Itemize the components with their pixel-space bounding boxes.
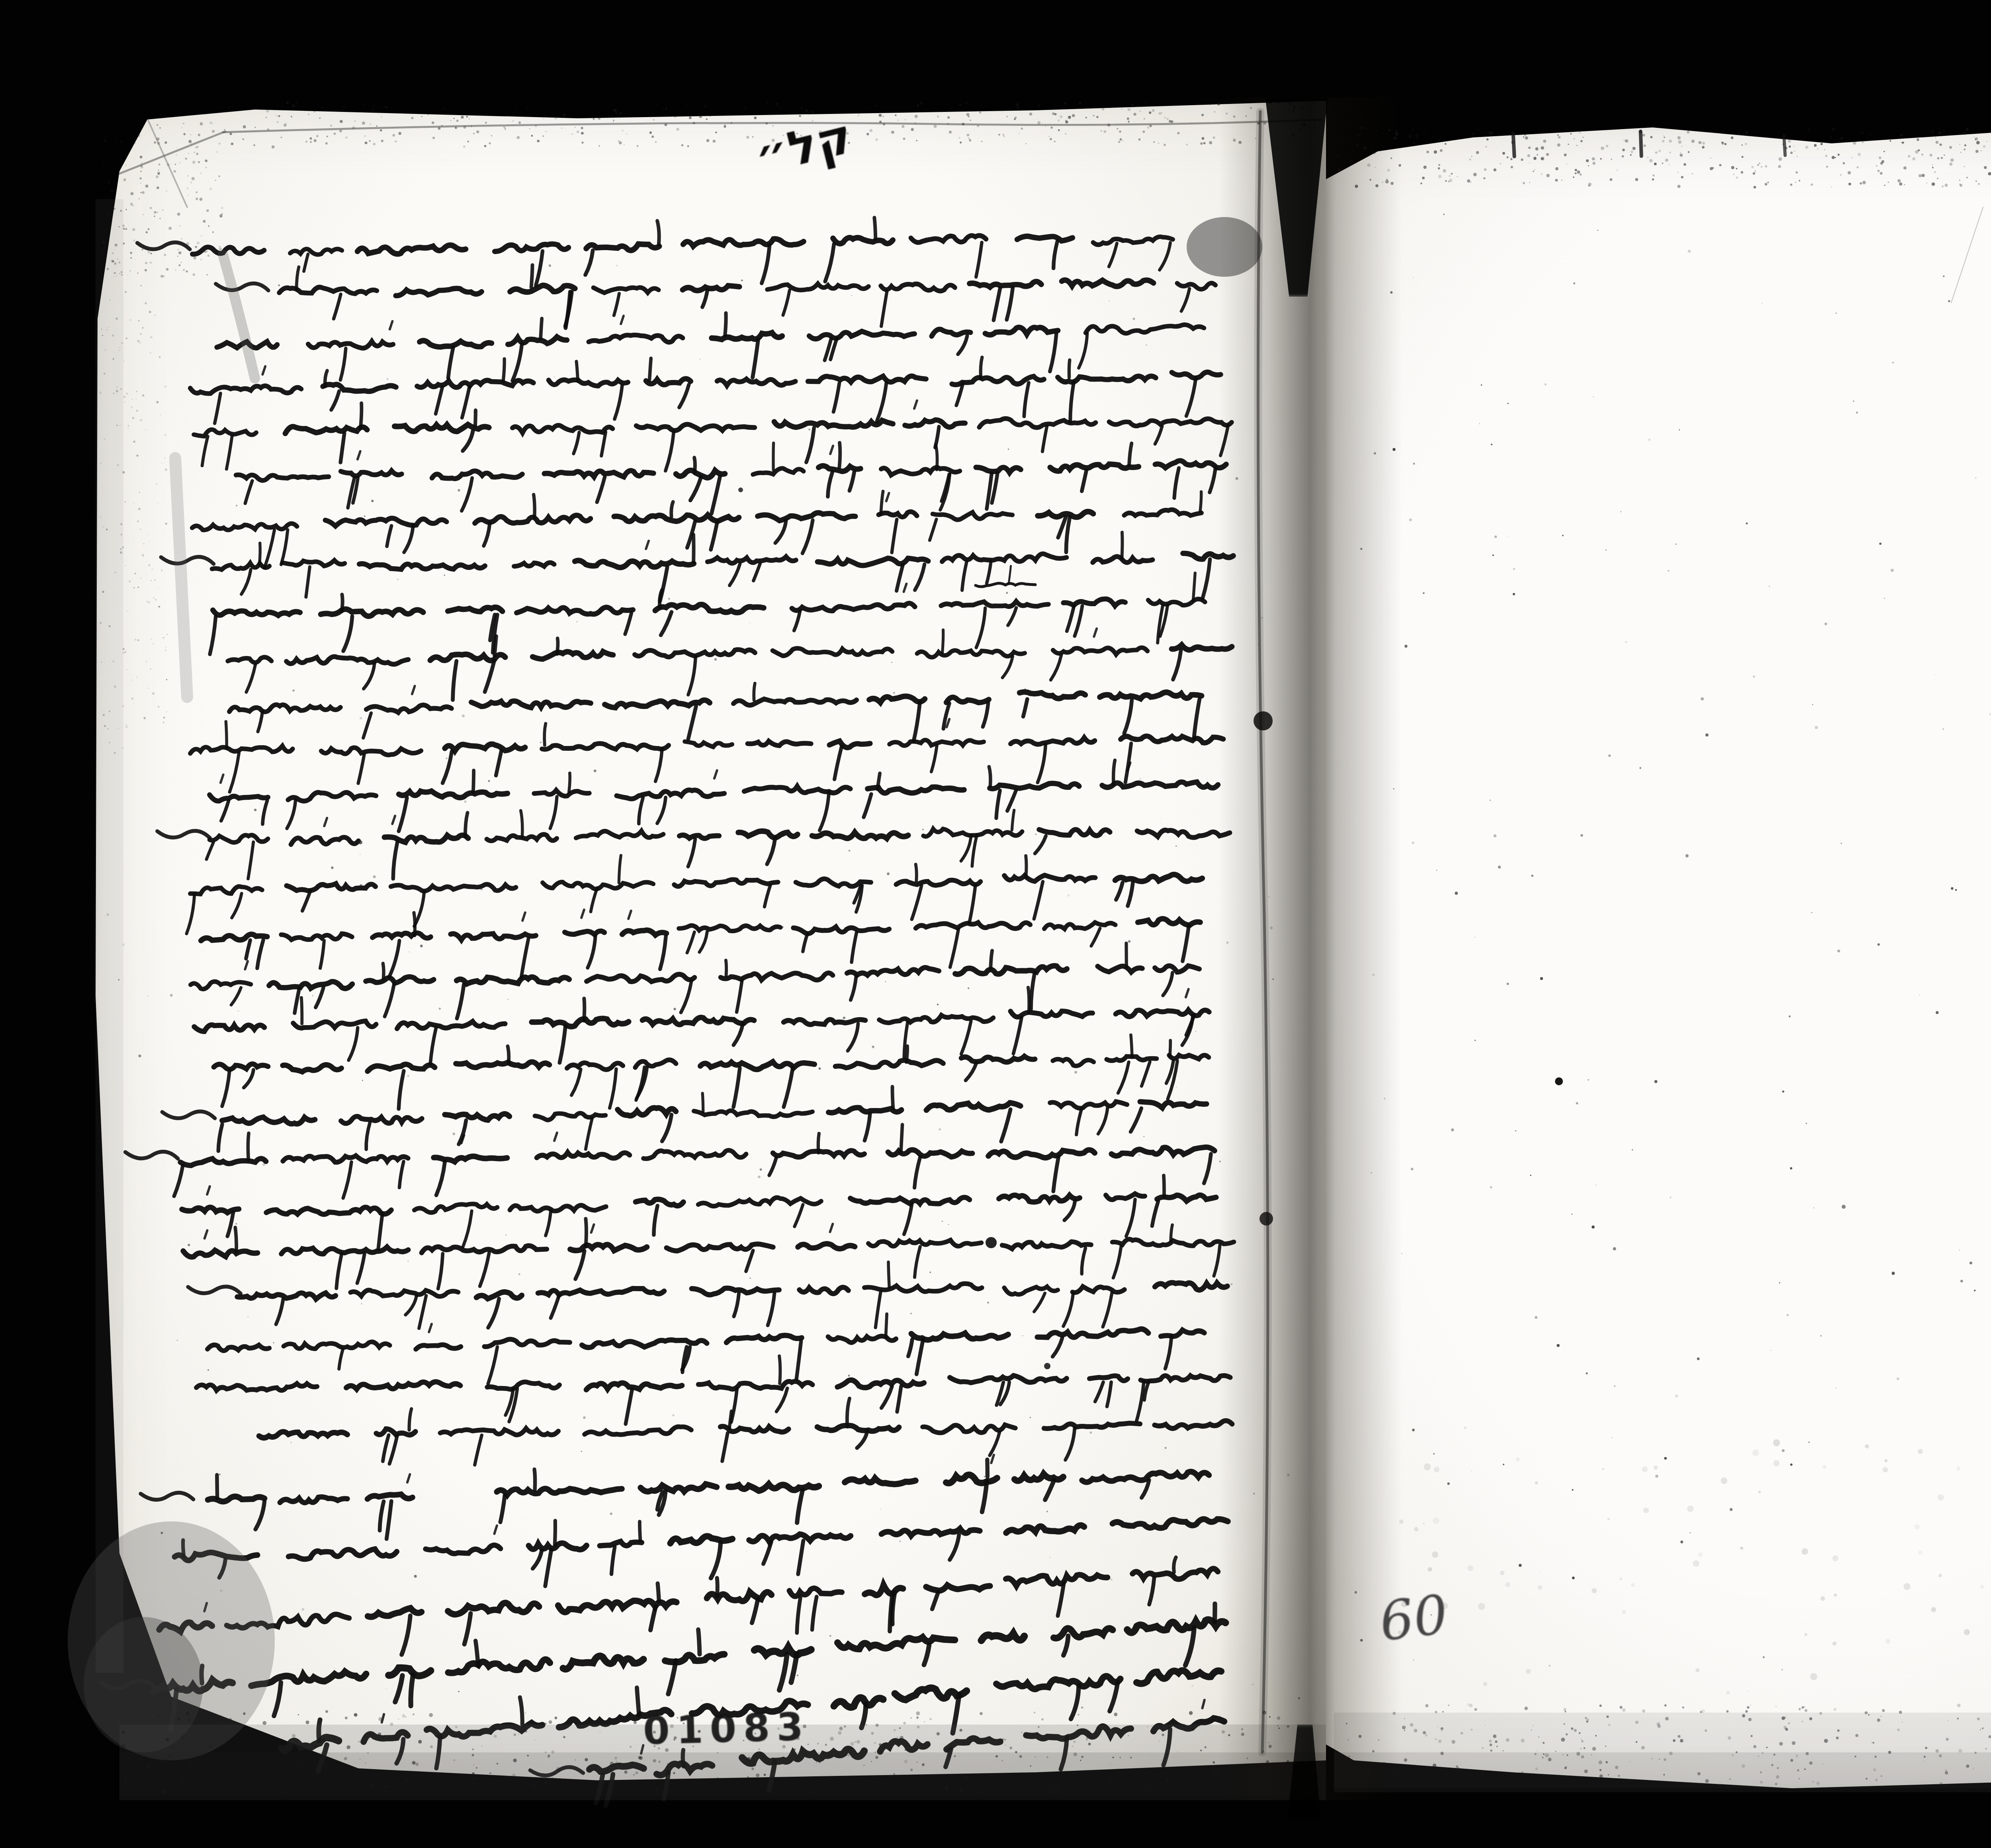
catalog-number: 01083: [643, 1705, 811, 1754]
interlinear-correction: [976, 566, 1035, 587]
manuscript-text-line: [209, 573, 1205, 656]
manuscript-text-line: [217, 305, 1205, 387]
manuscript-text-line: [196, 1351, 1230, 1431]
manuscript-text-line: [161, 530, 1234, 607]
manuscript-text-line: [162, 1082, 1207, 1156]
manuscript-scan: קל״ 60 01083: [0, 0, 1991, 1848]
manuscript-text-line: [188, 1259, 1228, 1335]
manuscript-text-line: [158, 1551, 1220, 1669]
manuscript-text-line: [182, 1171, 1217, 1252]
pencil-page-number: 60: [1376, 1583, 1451, 1653]
manuscript-text-line: [157, 804, 1230, 881]
manuscript-text-line: [201, 899, 1201, 983]
manuscript-text-line: [213, 1034, 1209, 1113]
manuscript-text-line: [215, 258, 1216, 333]
manuscript-text-line: [259, 1394, 1233, 1469]
book-gutter: [1218, 98, 1402, 1800]
manuscript-text-line: [125, 1121, 1215, 1201]
manuscript-text-line: [236, 438, 1227, 519]
manuscript-text-line: [137, 213, 1173, 292]
manuscript-text-line: [174, 1498, 1229, 1599]
manuscript-text-line: [183, 1211, 1234, 1292]
handwriting-and-stains-artwork: [0, 0, 1991, 1848]
manuscript-text-line: [186, 848, 1203, 934]
manuscript-text-line: [194, 985, 1210, 1068]
manuscript-text-line: [190, 710, 1224, 793]
manuscript-text-line: [190, 942, 1200, 1023]
